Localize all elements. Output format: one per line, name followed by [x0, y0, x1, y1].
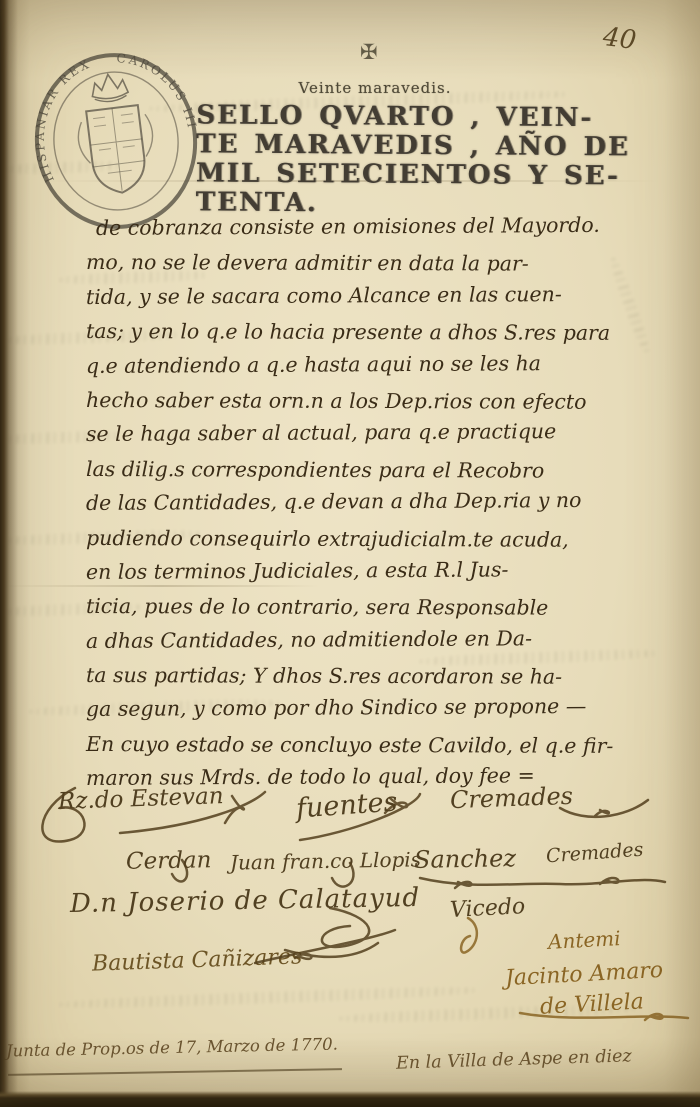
- closing-line: En la Villa de Aspe en diez: [396, 1046, 632, 1073]
- manuscript-line: de cobranza consiste en omisiones del Ma…: [86, 212, 672, 250]
- signature-sanchez: Sanchez: [414, 844, 516, 874]
- page-bottom-edge: [0, 1091, 700, 1107]
- signature-calatayud: D.n Joserio de Calatayud: [70, 883, 421, 919]
- margin-note-underline: [8, 1068, 342, 1076]
- signature-estevan: Rz.do Estevan: [58, 783, 224, 815]
- manuscript-line: q.e atendiendo a q.e hasta aqui no se le…: [86, 350, 672, 388]
- signature-cremades-1: Cremades: [450, 782, 574, 814]
- manuscript-body: de cobranza consiste en omisiones del Ma…: [86, 216, 672, 801]
- signature-llopis: Juan fran.co Llopis: [230, 847, 421, 874]
- notary-de-villela: de Villela: [539, 989, 644, 1019]
- signature-cremades-2: Cremades: [545, 839, 644, 868]
- stamp-heading-line: TE MARAVEDIS , AÑO DE: [196, 130, 658, 162]
- margin-note-junta: Junta de Prop.os de 17, Marzo de 1770.: [6, 1035, 338, 1061]
- notary-jacinto-amaro: Jacinto Amaro: [504, 958, 663, 991]
- manuscript-line: tida, y se le sacara como Alcance en las…: [86, 281, 672, 319]
- signature-vicedo: Vicedo: [449, 894, 525, 923]
- royal-seal-carolus-iii-icon: HISPANIAR REX CAROLUS III: [20, 40, 213, 242]
- stamp-heading-line: MIL SETECIENTOS Y SE-: [196, 159, 658, 191]
- manuscript-line: en los terminos Judiciales, a esta R.l J…: [86, 556, 672, 594]
- stamp-heading: SELLO QVARTO , VEIN- TE MARAVEDIS , AÑO …: [196, 101, 659, 220]
- invocation-cross-icon: ✠: [360, 40, 378, 64]
- manuscript-line: de las Cantidades, q.e devan a dha Dep.r…: [86, 488, 672, 526]
- folio-number: 40: [601, 22, 638, 56]
- manuscript-line: a dhas Cantidades, no admitiendole en Da…: [86, 625, 672, 663]
- signature-cerdan: Cerdan: [126, 847, 212, 874]
- notary-ante-mi: Antemi: [547, 926, 621, 954]
- manuscript-page: 40 ✠ Veinte maravedis. HISPANIAR REX: [0, 0, 700, 1107]
- tax-value-line: Veinte maravedis.: [250, 79, 500, 97]
- manuscript-line: se le haga saber al actual, para q.e pra…: [86, 419, 672, 457]
- signature-canizares: Bautista Cañizares: [92, 944, 303, 976]
- binding-edge: [0, 0, 18, 1107]
- signature-fuentes: fuentes: [295, 786, 398, 824]
- bleedthrough-mark: [60, 985, 480, 1011]
- manuscript-line: ga segun, y como por dho Sindico se prop…: [86, 694, 672, 732]
- stamp-heading-line: SELLO QVARTO , VEIN-: [196, 101, 658, 133]
